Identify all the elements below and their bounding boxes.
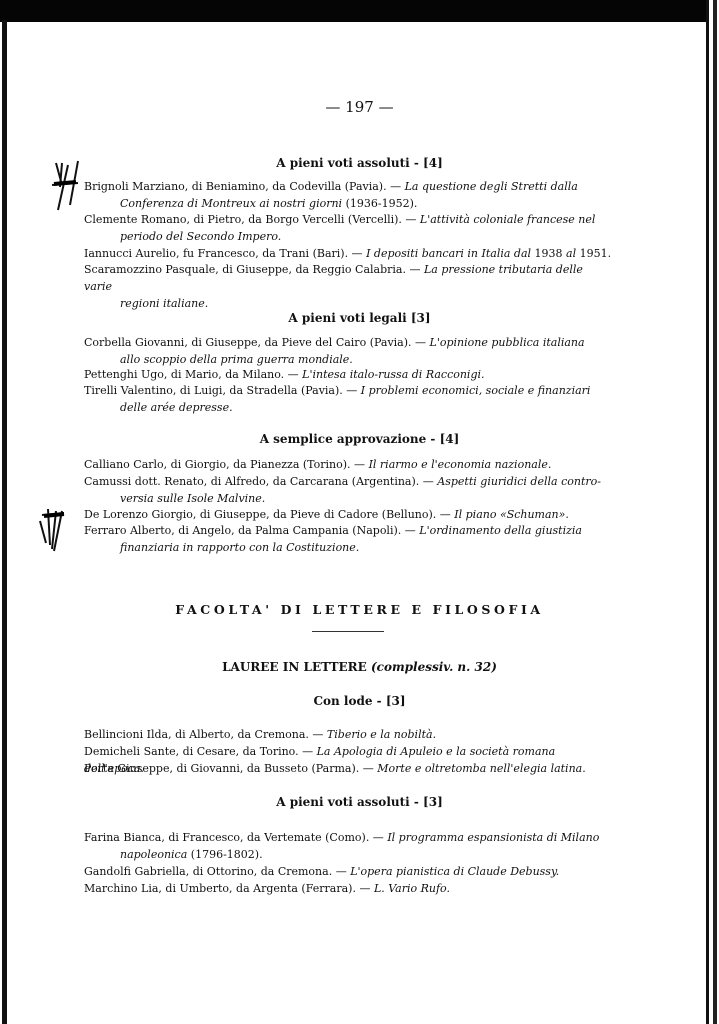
section-heading: Con lode - [3] (0, 694, 719, 708)
list-item: Porta Giuseppe, di Giovanni, da Busseto … (84, 760, 614, 777)
scanned-page: — 197 — A pieni voti assoluti - [4] Brig… (0, 0, 719, 1024)
list-item: Ferraro Alberto, di Angelo, da Palma Cam… (84, 522, 614, 556)
scan-right-border (706, 0, 719, 1024)
list-item: Tirelli Valentino, di Luigi, da Stradell… (84, 382, 614, 416)
degree-heading: LAUREE IN LETTERE (complessiv. n. 32) (0, 660, 719, 674)
list-item: De Lorenzo Giorgio, di Giuseppe, da Piev… (84, 506, 614, 523)
scan-top-border (0, 0, 719, 22)
list-item: Clemente Romano, di Pietro, da Borgo Ver… (84, 211, 614, 245)
list-item: Camussi dott. Renato, di Alfredo, da Car… (84, 473, 614, 507)
scan-left-border (2, 20, 7, 1024)
handwritten-mark-icon (36, 505, 72, 555)
list-item: Pettenghi Ugo, di Mario, da Milano. — L'… (84, 366, 614, 383)
list-item: Gandolfi Gabriella, di Ottorino, da Crem… (84, 863, 614, 880)
list-item: Corbella Giovanni, di Giuseppe, da Pieve… (84, 334, 614, 368)
section-heading: A pieni voti assoluti - [3] (0, 795, 719, 809)
section-heading: A pieni voti assoluti - [4] (0, 156, 719, 170)
faculty-title: FACOLTA' DI LETTERE E FILOSOFIA (0, 602, 719, 617)
section-heading: A semplice approvazione - [4] (0, 432, 719, 446)
list-item: Iannucci Aurelio, fu Francesco, da Trani… (84, 245, 614, 262)
list-item: Farina Bianca, di Francesco, da Vertemat… (84, 829, 614, 863)
list-item: Scaramozzino Pasquale, di Giuseppe, da R… (84, 261, 614, 312)
section-heading: A pieni voti legali [3] (0, 311, 719, 325)
page-number: — 197 — (0, 98, 719, 116)
list-item: Brignoli Marziano, di Beniamino, da Code… (84, 178, 614, 212)
divider (312, 631, 384, 632)
list-item: Calliano Carlo, di Giorgio, da Pianezza … (84, 456, 614, 473)
list-item: Bellincioni Ilda, di Alberto, da Cremona… (84, 726, 614, 743)
list-item: Marchino Lia, di Umberto, da Argenta (Fe… (84, 880, 614, 897)
